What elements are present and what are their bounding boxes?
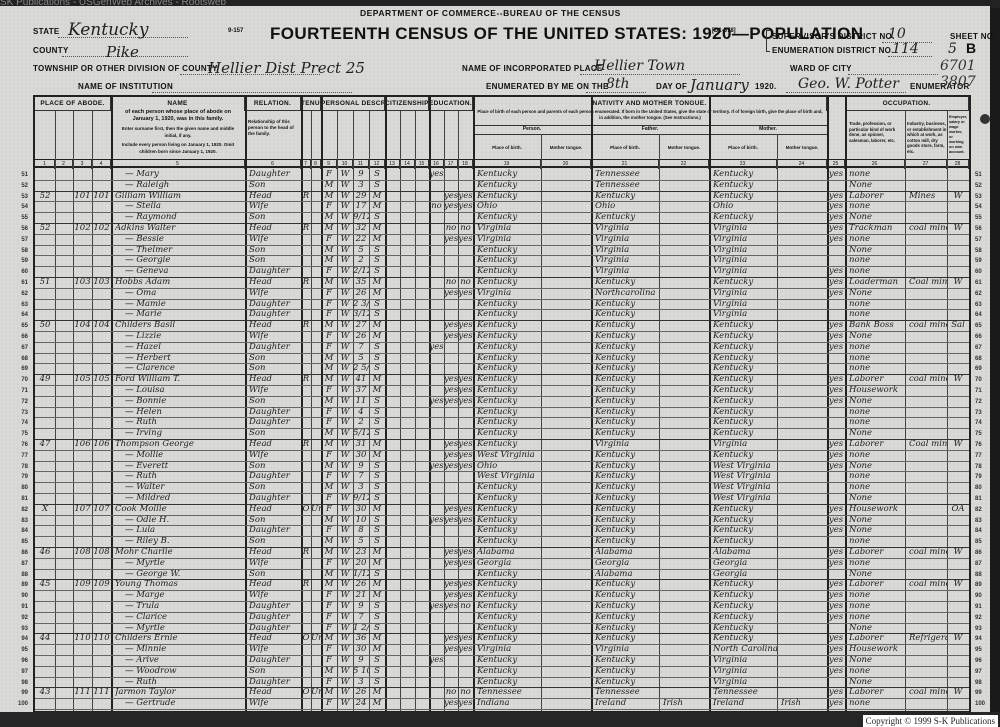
read-cell: yes (444, 191, 458, 202)
marital-cell: M (369, 320, 385, 331)
marital-cell: S (369, 601, 385, 612)
read-cell: yes (444, 385, 458, 396)
enumerator-name: Geo. W. Potter (798, 76, 899, 92)
father-birth-cell: Kentucky (595, 590, 659, 601)
father-birth-cell: Tennessee (595, 169, 659, 180)
mother-birth-cell: Kentucky (713, 396, 777, 407)
mother-birth-cell: West Virginia (713, 482, 777, 493)
line-number: 78 (8, 464, 28, 470)
age-cell: 9 (353, 655, 369, 666)
name-cell: — Mollie (115, 450, 245, 461)
sex-cell: M (321, 255, 337, 266)
occupation-cell: None (849, 288, 905, 299)
age-cell: 3 (353, 482, 369, 493)
read-cell: yes (444, 439, 458, 450)
mother-birth-cell: Kentucky (713, 342, 777, 353)
english-cell: yes (827, 191, 845, 202)
sex-cell: F (321, 493, 337, 504)
birth-cell: West Virginia (477, 450, 541, 461)
line-number: 55 (8, 215, 28, 221)
institution-label: NAME OF INSTITUTION (78, 82, 173, 91)
supervisor-no: 10 (888, 26, 906, 42)
birth-cell: Kentucky (477, 677, 541, 688)
name-cell: — Odie H. (115, 515, 245, 526)
mother-birth-cell: Virginia (713, 245, 777, 256)
incorporated-line (580, 74, 740, 75)
color-cell: W (337, 417, 353, 428)
line-number: 64 (8, 312, 28, 318)
father-birth-cell: Kentucky (595, 331, 659, 342)
birth-cell: Kentucky (477, 320, 541, 331)
line-number: 97 (8, 669, 28, 675)
father-birth-cell: Kentucky (595, 385, 659, 396)
name-cell: Cook Mollie (115, 504, 245, 515)
color-cell: W (337, 212, 353, 223)
age-cell: 5 (353, 353, 369, 364)
table-row: — GertrudeWifeFW24MyesyesIndianaIrelandI… (35, 699, 969, 710)
age-cell: 36 (353, 633, 369, 644)
birth-cell: Indiana (477, 698, 541, 709)
sex-cell: F (321, 471, 337, 482)
occupation-cell: None (849, 245, 905, 256)
form-number: 9-157 (228, 28, 243, 34)
marital-cell: M (369, 223, 385, 234)
birth-cell: Kentucky (477, 385, 541, 396)
read-cell: yes (444, 234, 458, 245)
father-birth-cell: Kentucky (595, 633, 659, 644)
english-cell: yes (827, 277, 845, 288)
relation-cell: Daughter (249, 169, 301, 180)
class-cell: Sal (947, 320, 969, 331)
sex-cell: M (321, 536, 337, 547)
occupation-cell: none (849, 309, 905, 320)
mother-birth-cell: Kentucky (713, 515, 777, 526)
mother-birth-cell: Virginia (713, 439, 777, 450)
age-cell: 22 (353, 234, 369, 245)
read-cell: yes (444, 698, 458, 709)
line-number: 76 (975, 442, 982, 448)
father-birth-cell: Northcarolina (595, 288, 659, 299)
color-cell: W (337, 385, 353, 396)
marital-cell: M (369, 633, 385, 644)
occupation-cell: None (849, 623, 905, 634)
name-cell: — Riley B. (115, 536, 245, 547)
age-cell: 3 (353, 180, 369, 191)
age-cell: 8 (353, 525, 369, 536)
name-cell: — Geneva (115, 266, 245, 277)
write-cell: yes (458, 590, 473, 601)
tenure-cell: R (301, 439, 311, 450)
write-cell: yes (458, 698, 473, 709)
birth-cell: Tennessee (477, 687, 541, 698)
name-cell: — Arive (115, 655, 245, 666)
line-number: 67 (975, 345, 982, 351)
color-cell: W (337, 277, 353, 288)
write-cell: yes (458, 450, 473, 461)
age-cell: 1 2/12 (353, 623, 369, 634)
mother-birth-cell: Kentucky (713, 504, 777, 515)
english-cell: yes (827, 461, 845, 472)
english-cell: yes (827, 439, 845, 450)
relation-cell: Son (249, 396, 301, 407)
name-cell: — Ruth (115, 417, 245, 428)
age-cell: 2 3/12 (353, 299, 369, 310)
color-cell: W (337, 439, 353, 450)
name-cell: — Walter (115, 482, 245, 493)
father-birth-cell: Kentucky (595, 309, 659, 320)
father-birth-cell: Alabama (595, 547, 659, 558)
color-cell: W (337, 428, 353, 439)
line-number: 98 (975, 680, 982, 686)
read-cell: yes (444, 331, 458, 342)
line-number: 75 (8, 431, 28, 437)
birth-cell: Kentucky (477, 579, 541, 590)
father-birth-cell: Virginia (595, 245, 659, 256)
line-number: 72 (8, 399, 28, 405)
relation-cell: Son (249, 428, 301, 439)
mother-birth-cell: Georgia (713, 569, 777, 580)
family-cell: 106 (92, 439, 111, 450)
read-cell: yes (444, 579, 458, 590)
relation-cell: Daughter (249, 471, 301, 482)
marital-cell: S (369, 515, 385, 526)
name-cell: — Louisa (115, 385, 245, 396)
marital-cell: M (369, 547, 385, 558)
write-cell: yes (458, 461, 473, 472)
age-cell: 3/12 (353, 309, 369, 320)
line-number: 63 (8, 302, 28, 308)
dwelling-cell: 101 (73, 191, 92, 202)
marital-cell: M (369, 374, 385, 385)
mother-birth-cell: Kentucky (713, 320, 777, 331)
family-cell: 111 (92, 687, 111, 698)
relation-cell: Wife (249, 698, 301, 709)
relation-cell: Son (249, 255, 301, 266)
marital-cell: M (369, 191, 385, 202)
father-birth-cell: Kentucky (595, 515, 659, 526)
industry-cell: Coal mine (909, 439, 947, 450)
dwelling-cell: 103 (73, 277, 92, 288)
write-cell: yes (458, 547, 473, 558)
father-birth-cell: Kentucky (595, 677, 659, 688)
read-cell: yes (444, 558, 458, 569)
occupation-cell: none (849, 601, 905, 612)
sex-cell: M (321, 687, 337, 698)
color-cell: W (337, 677, 353, 688)
english-cell: yes (827, 331, 845, 342)
father-birth-cell: Tennessee (595, 687, 659, 698)
mother-birth-cell: Kentucky (713, 407, 777, 418)
line-number: 96 (975, 658, 982, 664)
sex-cell: M (321, 396, 337, 407)
marital-cell: S (369, 363, 385, 374)
age-cell: 31 (353, 439, 369, 450)
write-cell: yes (458, 191, 473, 202)
name-cell: — Raymond (115, 212, 245, 223)
line-number: 52 (8, 183, 28, 189)
tenure2-cell: Un (311, 504, 321, 515)
street-cell: 43 (35, 687, 55, 698)
color-cell: W (337, 623, 353, 634)
father-birth-cell: Virginia (595, 255, 659, 266)
mother-birth-cell: Kentucky (713, 212, 777, 223)
birth-cell: Kentucky (477, 266, 541, 277)
birth-cell: Kentucky (477, 374, 541, 385)
color-cell: W (337, 309, 353, 320)
age-cell: 35 (353, 277, 369, 288)
occupation-cell: None (849, 677, 905, 688)
family-cell: 104 (92, 320, 111, 331)
line-number: 70 (8, 377, 28, 383)
sex-cell: F (321, 612, 337, 623)
line-number: 66 (975, 334, 982, 340)
mother-birth-cell: Virginia (713, 299, 777, 310)
write-cell: yes (458, 396, 473, 407)
english-cell: yes (827, 169, 845, 180)
line-number: 78 (975, 464, 982, 470)
english-cell: yes (827, 385, 845, 396)
state-value: Kentucky (68, 20, 148, 40)
marital-cell: S (369, 417, 385, 428)
relation-cell: Daughter (249, 309, 301, 320)
sex-cell: F (321, 385, 337, 396)
line-number: 65 (975, 323, 982, 329)
mother-birth-cell: Kentucky (713, 374, 777, 385)
birth-cell: Alabama (477, 547, 541, 558)
relation-cell: Daughter (249, 299, 301, 310)
father-birth-cell: Kentucky (595, 299, 659, 310)
birth-cell: Virginia (477, 234, 541, 245)
color-cell: W (337, 493, 353, 504)
marital-cell: M (369, 201, 385, 212)
tenure-cell: R (301, 277, 311, 288)
line-number: 55 (975, 215, 982, 221)
sex-cell: F (321, 201, 337, 212)
father-birth-cell: Kentucky (595, 579, 659, 590)
industry-cell: coal mine (909, 579, 947, 590)
occupation-cell: None (849, 515, 905, 526)
marital-cell: M (369, 579, 385, 590)
english-cell: yes (827, 212, 845, 223)
line-number: 92 (8, 615, 28, 621)
color-cell: W (337, 407, 353, 418)
father-birth-cell: Virginia (595, 439, 659, 450)
father-birth-cell: Kentucky (595, 396, 659, 407)
department-title: DEPARTMENT OF COMMERCE--BUREAU OF THE CE… (360, 8, 621, 18)
english-cell: yes (827, 266, 845, 277)
sex-cell: M (321, 482, 337, 493)
line-number: 53 (8, 194, 28, 200)
age-cell: 26 (353, 288, 369, 299)
mother-birth-cell: Virginia (713, 309, 777, 320)
birth-cell: Kentucky (477, 633, 541, 644)
binder-hole (980, 114, 990, 124)
occupation-cell: none (849, 471, 905, 482)
read-cell: no (444, 223, 458, 234)
mother-birth-cell: Kentucky (713, 525, 777, 536)
marital-cell: S (369, 471, 385, 482)
line-number: 86 (8, 550, 28, 556)
occupation-cell: Laborer (849, 633, 905, 644)
english-cell: yes (827, 201, 845, 212)
name-cell: — Irving (115, 428, 245, 439)
name-cell: — Clarice (115, 612, 245, 623)
age-cell: 9 (353, 461, 369, 472)
write-cell: no (458, 223, 473, 234)
relation-cell: Son (249, 363, 301, 374)
industry-cell: coal mine (909, 374, 947, 385)
name-cell: — Everett (115, 461, 245, 472)
father-birth-cell: Ohio (595, 201, 659, 212)
occupation-cell: none (849, 450, 905, 461)
relation-cell: Head (249, 579, 301, 590)
line-number: 79 (8, 474, 28, 480)
english-cell: yes (827, 687, 845, 698)
line-number: 74 (975, 420, 982, 426)
relation-cell: Son (249, 482, 301, 493)
dwelling-cell: 111 (73, 687, 92, 698)
line-number: 96 (8, 658, 28, 664)
line-number: 58 (8, 248, 28, 254)
write-cell: no (458, 277, 473, 288)
relation-cell: Head (249, 687, 301, 698)
color-cell: W (337, 169, 353, 180)
tenure-cell: R (301, 223, 311, 234)
relation-cell: Son (249, 180, 301, 191)
dwelling-cell: 109 (73, 579, 92, 590)
color-cell: W (337, 590, 353, 601)
name-cell: — Minnie (115, 644, 245, 655)
birth-cell: Kentucky (477, 493, 541, 504)
dwelling-cell: 102 (73, 223, 92, 234)
father-birth-cell: Kentucky (595, 363, 659, 374)
father-birth-cell: Kentucky (595, 342, 659, 353)
occupation-cell: none (849, 666, 905, 677)
color-cell: W (337, 331, 353, 342)
english-cell: yes (827, 288, 845, 299)
sex-cell: M (321, 374, 337, 385)
name-cell: — Woodrow (115, 666, 245, 677)
name-cell: — Bonnie (115, 396, 245, 407)
township-label: TOWNSHIP OR OTHER DIVISION OF COUNTY (33, 64, 218, 73)
marital-cell: S (369, 266, 385, 277)
sex-cell: M (321, 363, 337, 374)
sex-cell: F (321, 698, 337, 709)
marital-cell: S (369, 623, 385, 634)
name-cell: — Raleigh (115, 180, 245, 191)
occupation-cell: none (849, 536, 905, 547)
english-cell: yes (827, 515, 845, 526)
age-cell: 9 (353, 169, 369, 180)
name-cell: Childers Basil (115, 320, 245, 331)
relation-cell: Daughter (249, 417, 301, 428)
age-cell: 24 (353, 698, 369, 709)
sex-cell: M (321, 212, 337, 223)
marital-cell: S (369, 428, 385, 439)
father-birth-cell: Kentucky (595, 471, 659, 482)
line-number: 90 (8, 593, 28, 599)
father-birth-cell: Kentucky (595, 450, 659, 461)
birth-cell: Kentucky (477, 363, 541, 374)
sex-cell: F (321, 601, 337, 612)
line-number: 57 (975, 237, 982, 243)
age-cell: 2 (353, 255, 369, 266)
occupation-cell: Housework (849, 385, 905, 396)
color-cell: W (337, 201, 353, 212)
relation-cell: Wife (249, 450, 301, 461)
english-cell: yes (827, 396, 845, 407)
english-cell: yes (827, 655, 845, 666)
tenure2-cell: Un (311, 633, 321, 644)
line-number: 87 (975, 561, 982, 567)
relation-cell: Wife (249, 201, 301, 212)
line-number: 67 (8, 345, 28, 351)
marital-cell: S (369, 536, 385, 547)
english-cell: yes (827, 666, 845, 677)
name-cell: — Clarence (115, 363, 245, 374)
sex-cell: F (321, 288, 337, 299)
age-cell: 41 (353, 374, 369, 385)
line-number: 69 (975, 366, 982, 372)
enum-district-label: ENUMERATION DISTRICT NO. (772, 46, 894, 55)
sex-cell: F (321, 525, 337, 536)
enumerated-label: ENUMERATED BY ME ON THE (486, 82, 609, 91)
family-cell: 108 (92, 547, 111, 558)
sex-cell: F (321, 299, 337, 310)
occupation-cell: None (849, 461, 905, 472)
read-cell: yes (444, 547, 458, 558)
class-cell: OA (947, 504, 969, 515)
class-cell: W (947, 547, 969, 558)
sex-cell: M (321, 428, 337, 439)
enum-day-line (586, 92, 646, 93)
industry-cell: coal mine (909, 223, 947, 234)
relation-cell: Daughter (249, 677, 301, 688)
tenure2-cell: Un (311, 687, 321, 698)
birth-cell: Kentucky (477, 482, 541, 493)
street-cell: 52 (35, 223, 55, 234)
english-cell: yes (827, 698, 845, 709)
english-cell: yes (827, 547, 845, 558)
tenure-cell: R (301, 547, 311, 558)
industry-cell: coal mine (909, 320, 947, 331)
birth-cell: Kentucky (477, 309, 541, 320)
sex-cell: F (321, 407, 337, 418)
write-cell: yes (458, 504, 473, 515)
color-cell: W (337, 515, 353, 526)
street-cell: 45 (35, 579, 55, 590)
mother-birth-cell: Kentucky (713, 385, 777, 396)
marital-cell: S (369, 169, 385, 180)
mother-birth-cell: Virginia (713, 234, 777, 245)
father-birth-cell: Kentucky (595, 536, 659, 547)
father-birth-cell: Kentucky (595, 525, 659, 536)
relation-cell: Wife (249, 558, 301, 569)
color-cell: W (337, 342, 353, 353)
street-cell: 44 (35, 633, 55, 644)
line-number: 69 (8, 366, 28, 372)
line-number: 84 (8, 528, 28, 534)
color-cell: W (337, 525, 353, 536)
name-cell: Gilliam William (115, 191, 245, 202)
name-cell: Jarmon Taylor (115, 687, 245, 698)
dwelling-cell: 104 (73, 320, 92, 331)
tenure-cell: R (301, 374, 311, 385)
line-number: 80 (975, 485, 982, 491)
line-number: 85 (8, 539, 28, 545)
relation-cell: Son (249, 536, 301, 547)
street-cell: 51 (35, 277, 55, 288)
